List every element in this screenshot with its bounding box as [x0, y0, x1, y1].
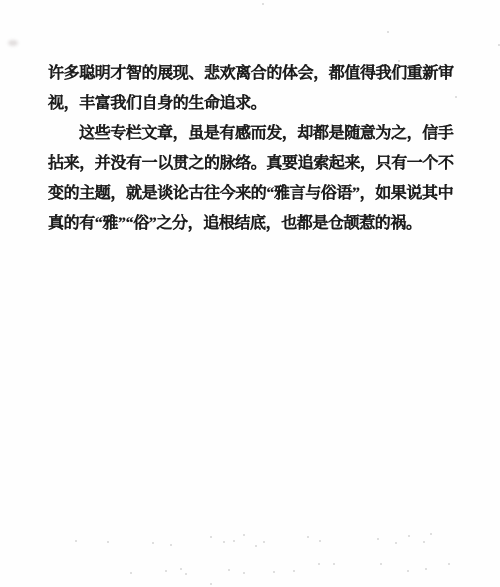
scan-speck — [243, 534, 245, 536]
scan-speck — [233, 540, 235, 542]
scan-speck — [107, 541, 109, 543]
scan-speck — [255, 545, 257, 547]
scan-speck — [407, 570, 409, 572]
text-block: 许多聪明才智的展现、悲欢离合的体会，都值得我们重新审 视，丰富我们自身的生命追求… — [48, 59, 460, 239]
scan-speck — [223, 541, 225, 543]
scan-smudge — [8, 40, 18, 46]
text-line-6: 真的有“雅”“俗”之分，追根结底，也都是仓颉惹的祸。 — [48, 209, 460, 239]
scan-speck — [333, 563, 335, 565]
scan-speck — [75, 540, 77, 542]
scan-speck — [165, 570, 167, 572]
scan-speck — [448, 563, 450, 565]
scan-speck — [319, 540, 321, 542]
scan-speck — [307, 536, 309, 538]
scan-speck — [228, 569, 230, 571]
text-line-4: 拈来，并没有一以贯之的脉络。真要追索起来，只有一个不 — [48, 149, 460, 179]
scan-speck — [180, 568, 182, 570]
text-line-5: 变的主题，就是谈论古往今来的“雅言与俗语”，如果说其中 — [48, 179, 460, 209]
scan-speck — [243, 572, 245, 574]
scan-speck — [408, 535, 410, 537]
scan-speck — [130, 572, 132, 574]
scan-speck — [377, 538, 379, 540]
scan-speck — [425, 568, 427, 570]
text-line-3: 这些专栏文章，虽是有感而发，却都是随意为之，信手 — [48, 119, 460, 149]
scan-speck — [210, 536, 212, 538]
scan-speck — [423, 541, 425, 543]
text-line-2: 视，丰富我们自身的生命追求。 — [48, 89, 460, 119]
scan-speck — [455, 96, 457, 98]
scan-speck — [210, 583, 212, 585]
scan-speck — [152, 542, 154, 544]
scan-speck — [398, 60, 400, 62]
scan-speck — [380, 563, 382, 565]
scan-speck — [262, 3, 264, 5]
scanned-book-page: 许多聪明才智的展现、悲欢离合的体会，都值得我们重新审 视，丰富我们自身的生命追求… — [0, 0, 500, 587]
scan-speck — [387, 31, 389, 33]
scan-speck — [395, 542, 397, 544]
scan-speck — [293, 570, 295, 572]
text-line-1: 许多聪明才智的展现、悲欢离合的体会，都值得我们重新审 — [48, 59, 460, 89]
scan-speck — [430, 533, 432, 535]
scan-speck — [263, 541, 265, 543]
scan-speck — [318, 563, 320, 565]
scan-speck — [185, 573, 187, 575]
scan-speck — [273, 571, 275, 573]
scan-speck — [170, 544, 172, 546]
